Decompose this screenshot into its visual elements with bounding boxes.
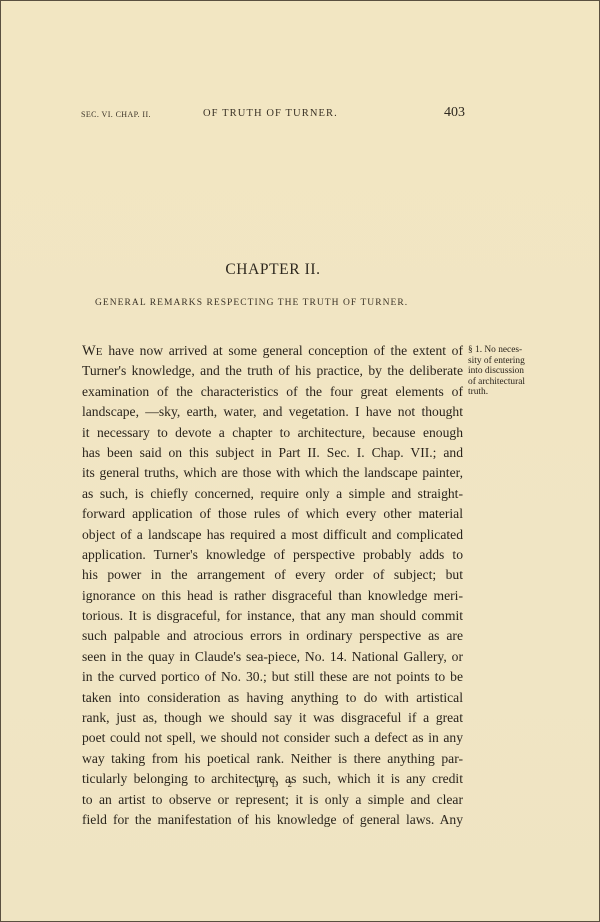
- first-line-text: have now arrived at some general concept…: [103, 343, 463, 358]
- margin-sidenote: § 1. No neces- sity of entering into dis…: [468, 345, 568, 398]
- body-line: forward application of those rules of wh…: [82, 504, 463, 524]
- body-line: as such, is chiefly concerned, require o…: [82, 484, 463, 504]
- dropcap-rest: E: [96, 346, 103, 358]
- body-line: application. Turner's knowledge of persp…: [82, 545, 463, 565]
- chapter-subtitle: GENERAL REMARKS RESPECTING THE TRUTH OF …: [95, 298, 455, 308]
- body-line: seen in the quay in Claude's sea-piece, …: [82, 647, 463, 667]
- body-paragraph: WE have now arrived at some general conc…: [82, 341, 463, 830]
- body-line: taken into consideration as having anyth…: [82, 688, 463, 708]
- sidenote-line: sity of entering: [468, 356, 568, 367]
- sidenote-line: § 1. No neces-: [468, 345, 568, 356]
- sidenote-line: of architectural: [468, 377, 568, 388]
- body-line: poet could not spell, we should not cons…: [82, 728, 463, 748]
- body-line: way taking from his poetical rank. Neith…: [82, 749, 463, 769]
- chapter-title: CHAPTER II.: [1, 261, 545, 279]
- body-line: field for the manifestation of his knowl…: [82, 810, 463, 830]
- body-line: ignorance on this head is rather disgrac…: [82, 586, 463, 606]
- body-line-0: WE have now arrived at some general conc…: [82, 341, 463, 361]
- body-line: landscape, —sky, earth, water, and veget…: [82, 402, 463, 422]
- body-line: Turner's knowledge, and the truth of his…: [82, 361, 463, 381]
- sidenote-line: truth.: [468, 387, 568, 398]
- body-line: rank, just as, though we should say it w…: [82, 708, 463, 728]
- running-head: SEC. VI. CHAP. II. OF TRUTH OF TURNER. 4…: [81, 107, 465, 125]
- body-line: its general truths, which are those with…: [82, 463, 463, 483]
- signature-mark: D D 2: [256, 779, 296, 789]
- body-line: it necessary to devote a chapter to arch…: [82, 423, 463, 443]
- book-page: SEC. VI. CHAP. II. OF TRUTH OF TURNER. 4…: [0, 0, 600, 922]
- body-line: torious. It is disgraceful, for instance…: [82, 606, 463, 626]
- body-line: object of a landscape has required a mos…: [82, 525, 463, 545]
- body-line: his power in the arrangement of every or…: [82, 565, 463, 585]
- page-number: 403: [444, 105, 465, 121]
- body-line: examination of the characteristics of th…: [82, 382, 463, 402]
- dropcap-letter: W: [82, 343, 96, 359]
- body-line: to an artist to observe or represent; it…: [82, 790, 463, 810]
- body-line: such palpable and atrocious errors in or…: [82, 626, 463, 646]
- sidenote-line: into discussion: [468, 366, 568, 377]
- body-line: has been said on this subject in Part II…: [82, 443, 463, 463]
- body-line: in the curved portico of No. 30.; but st…: [82, 667, 463, 687]
- running-head-section: SEC. VI. CHAP. II.: [81, 110, 151, 119]
- running-head-title: OF TRUTH OF TURNER.: [203, 108, 338, 119]
